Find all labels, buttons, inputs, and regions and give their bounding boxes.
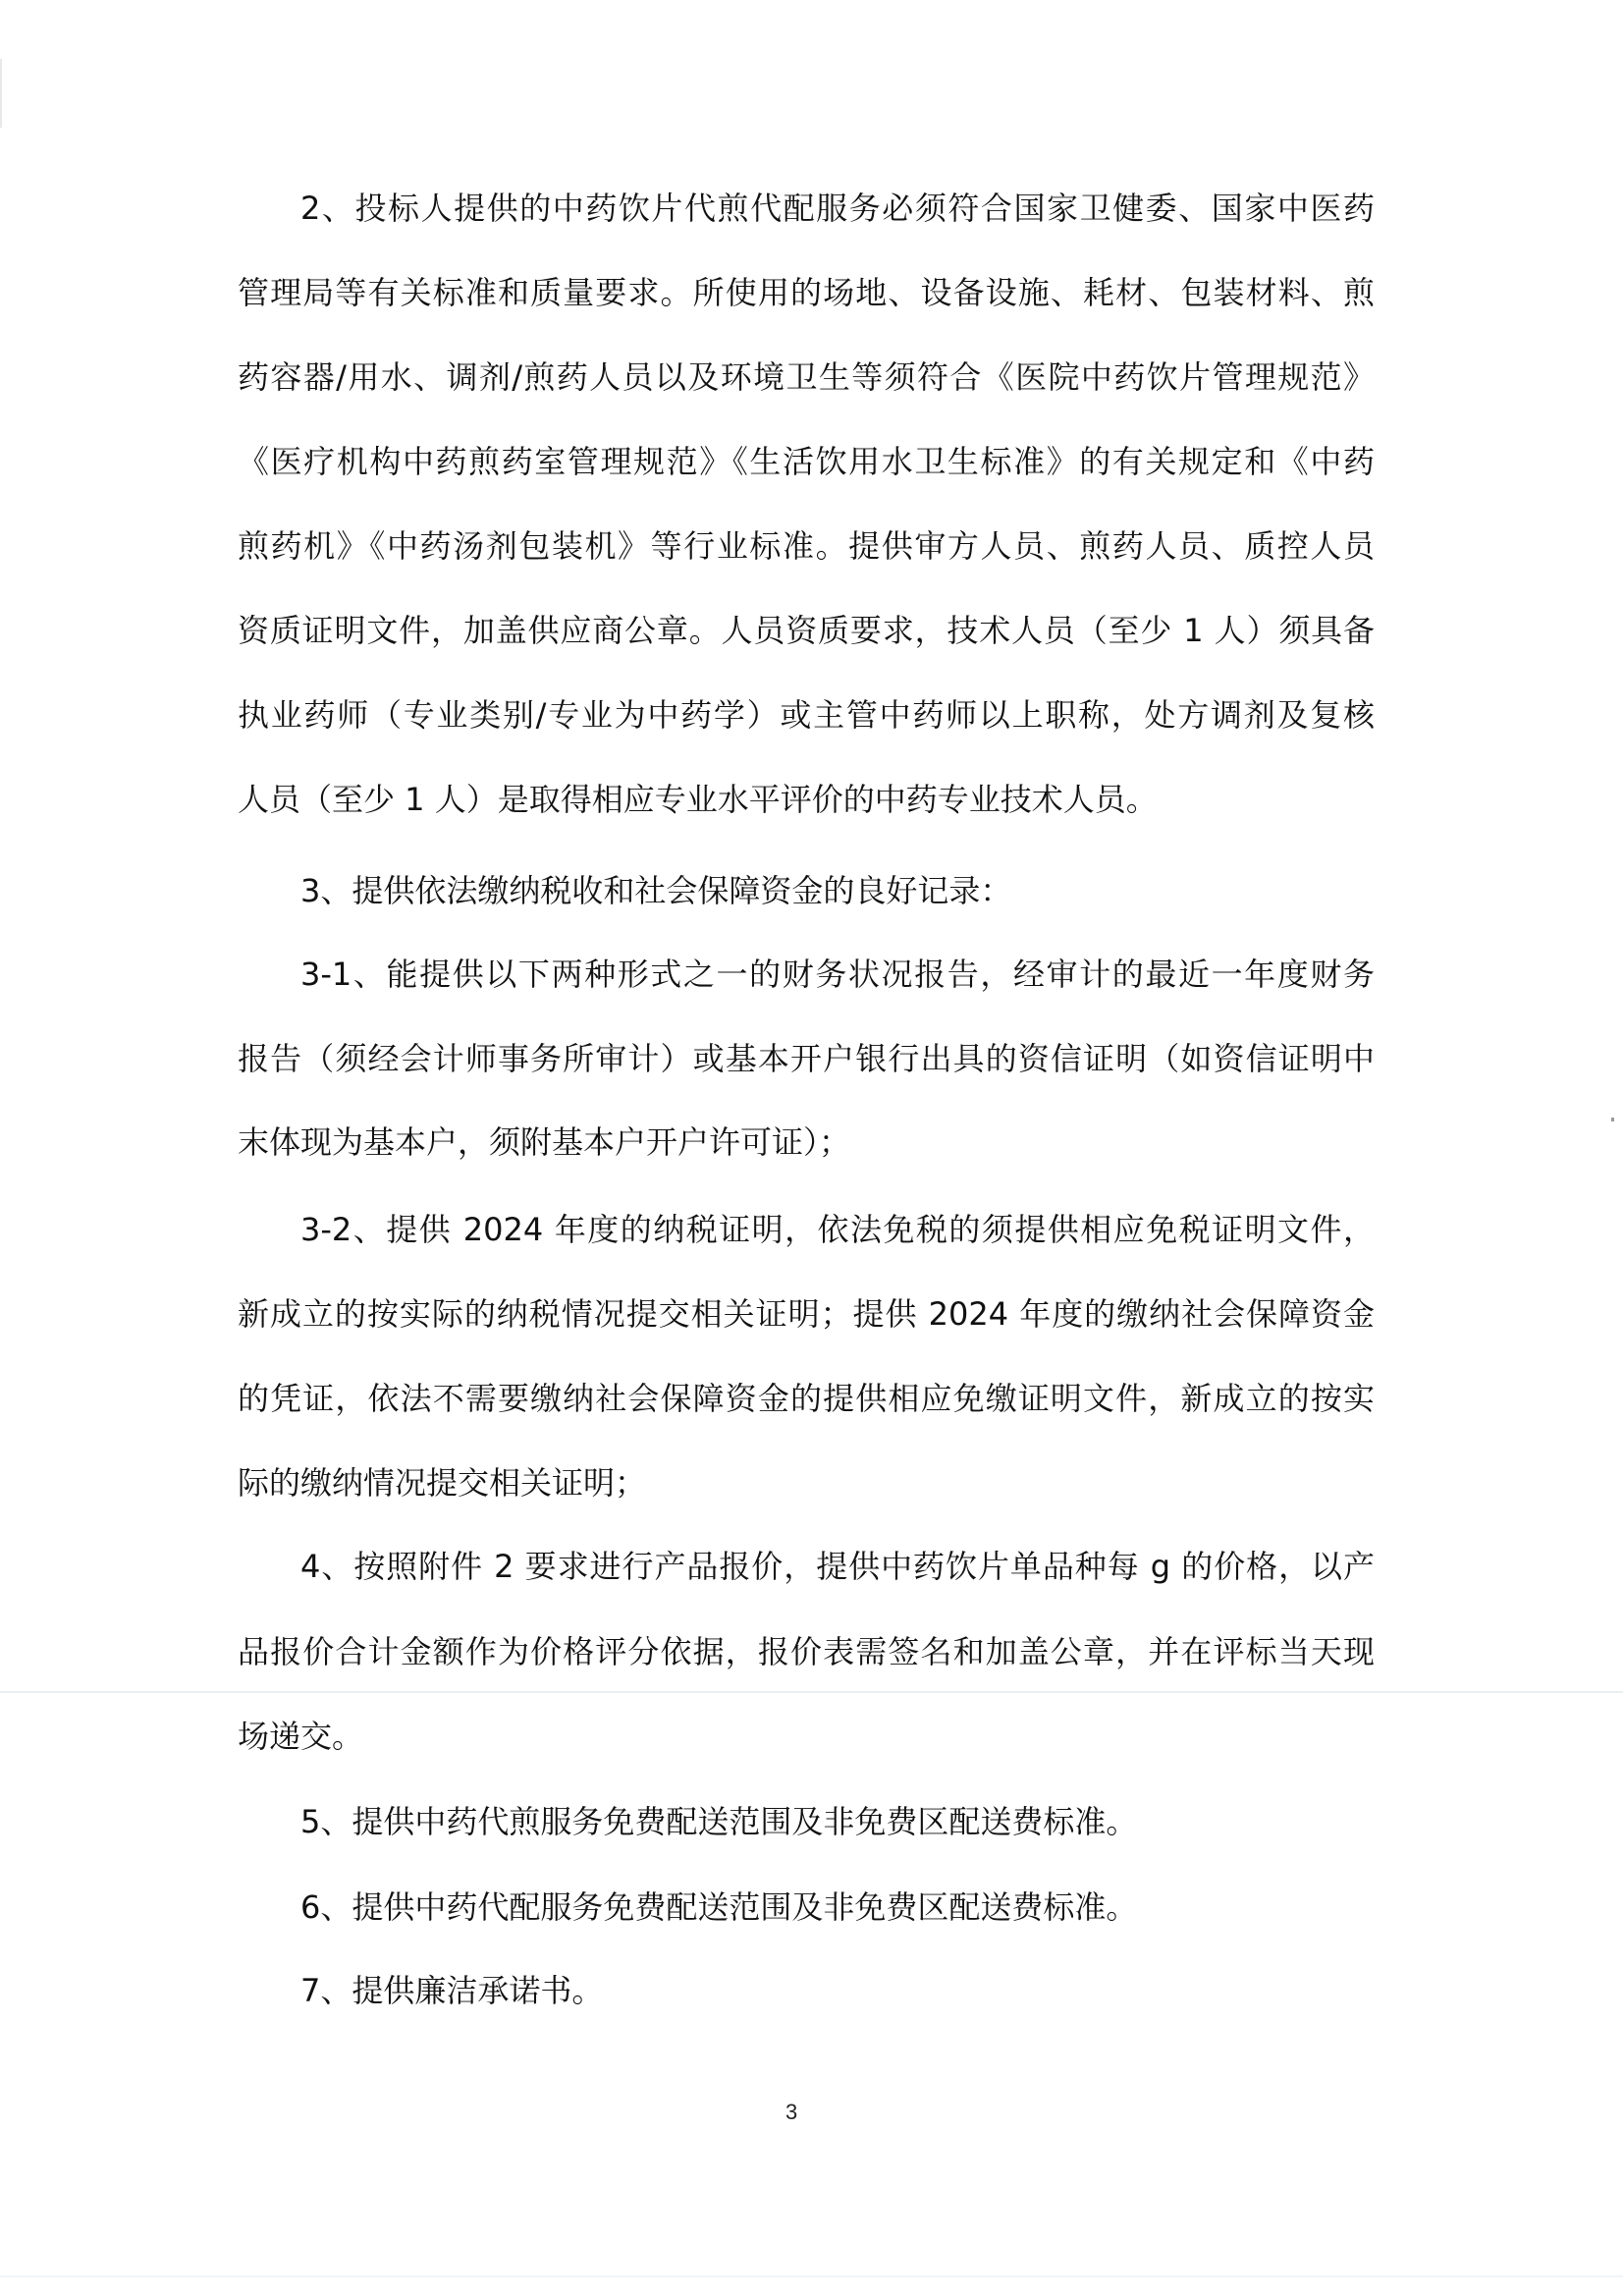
paragraph-3-2-line-3: 的凭证，依法不需要缴纳社会保障资金的提供相应免缴证明文件，新成立的按实 (238, 1377, 1375, 1420)
paragraph-2-line-7: 执业药师（专业类别/专业为中药学）或主管中药师以上职称，处方调剂及复核 (238, 693, 1375, 737)
page-number: 3 (785, 2098, 797, 2127)
scan-edge-mark (0, 59, 2, 128)
paragraph-3-2-line-4: 际的缴纳情况提交相关证明； (238, 1461, 646, 1504)
document-page: 2、投标人提供的中药饮片代煎代配服务必须符合国家卫健委、国家中医药 管理局等有关… (0, 0, 1623, 2296)
paragraph-5: 5、提供中药代煎服务免费配送范围及非免费区配送费标准。 (300, 1800, 1137, 1843)
paragraph-6: 6、提供中药代配服务免费配送范围及非免费区配送费标准。 (300, 1886, 1137, 1929)
paragraph-4-line-3: 场递交。 (238, 1715, 363, 1758)
paragraph-3-1-line-1: 3-1、能提供以下两种形式之一的财务状况报告，经审计的最近一年度财务 (300, 953, 1375, 996)
paragraph-2-line-5: 煎药机》《中药汤剂包装机》等行业标准。提供审方人员、煎药人员、质控人员 (238, 524, 1375, 568)
paragraph-2-line-1: 2、投标人提供的中药饮片代煎代配服务必须符合国家卫健委、国家中医药 (300, 187, 1375, 230)
paragraph-4-line-2: 品报价合计金额作为价格评分依据，报价表需签名和加盖公章，并在评标当天现 (238, 1630, 1375, 1673)
paragraph-3-2-line-1: 3-2、提供 2024 年度的纳税证明，依法免税的须提供相应免税证明文件， (300, 1208, 1375, 1251)
paragraph-2-line-8: 人员（至少 1 人）是取得相应专业水平评价的中药专业技术人员。 (238, 778, 1158, 821)
paragraph-2-line-3: 药容器/用水、调剂/煎药人员以及环境卫生等须符合《医院中药饮片管理规范》 (238, 355, 1375, 399)
paragraph-2-line-2: 管理局等有关标准和质量要求。所使用的场地、设备设施、耗材、包装材料、煎 (238, 271, 1375, 314)
scan-speck (1611, 1118, 1614, 1121)
paragraph-3-1-line-2: 报告（须经会计师事务所审计）或基本开户银行出具的资信证明（如资信证明中 (238, 1037, 1375, 1080)
paragraph-3-2-line-2: 新成立的按实际的纳税情况提交相关证明；提供 2024 年度的缴纳社会保障资金 (238, 1292, 1375, 1336)
scan-artifact-line-bottom (0, 2275, 1623, 2277)
paragraph-2-line-6: 资质证明文件，加盖供应商公章。人员资质要求，技术人员（至少 1 人）须具备 (238, 609, 1375, 652)
paragraph-2-line-4: 《医疗机构中药煎药室管理规范》《生活饮用水卫生标准》的有关规定和《中药 (238, 440, 1375, 483)
paragraph-4-line-1: 4、按照附件 2 要求进行产品报价，提供中药饮片单品种每 g 的价格，以产 (300, 1545, 1375, 1588)
paragraph-7: 7、提供廉洁承诺书。 (300, 1969, 603, 2012)
paragraph-3-heading: 3、提供依法缴纳税收和社会保障资金的良好记录： (300, 869, 1011, 912)
paragraph-3-1-line-3: 末体现为基本户，须附基本户开户许可证）； (238, 1121, 850, 1164)
scan-artifact-line (0, 1691, 1623, 1693)
